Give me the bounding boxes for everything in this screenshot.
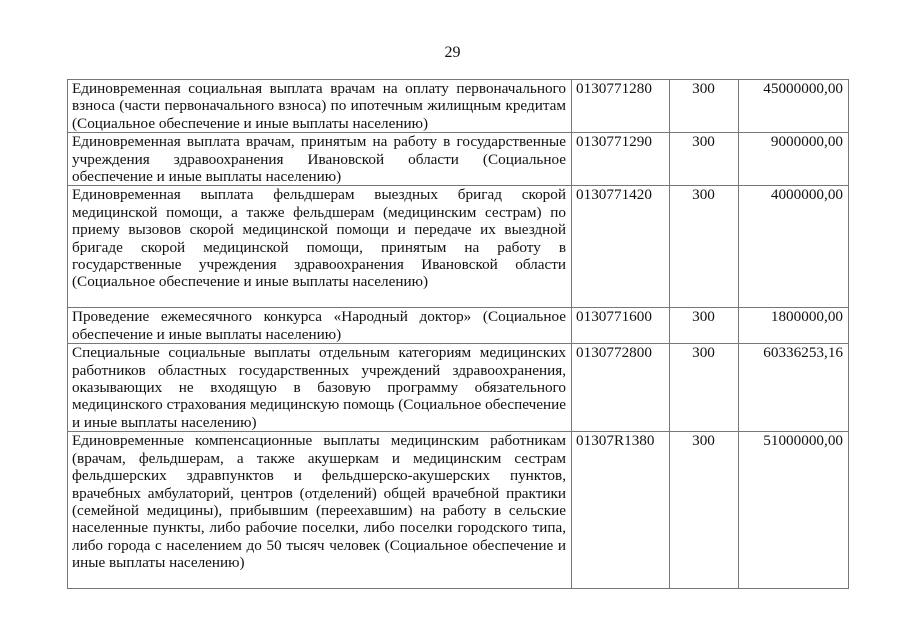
row-expense-type: 300 — [670, 432, 739, 589]
row-amount: 60336253,16 — [739, 344, 849, 432]
table-row: Специальные социальные выплаты отдельным… — [68, 344, 849, 432]
page-number: 29 — [0, 44, 905, 62]
row-target-code: 0130771600 — [572, 308, 670, 344]
row-amount: 51000000,00 — [739, 432, 849, 589]
row-expense-type: 300 — [670, 344, 739, 432]
row-expense-type: 300 — [670, 80, 739, 133]
table-row: Единовременная выплата фельдшерам выездн… — [68, 186, 849, 308]
row-description: Единовременные компенсационные выплаты м… — [68, 432, 572, 589]
row-target-code: 0130772800 — [572, 344, 670, 432]
row-amount: 9000000,00 — [739, 133, 849, 186]
budget-table: Единовременная социальная выплата врачам… — [67, 79, 849, 589]
row-description: Единовременная выплата фельдшерам выездн… — [68, 186, 572, 308]
row-description: Проведение ежемесячного конкурса «Народн… — [68, 308, 572, 344]
row-target-code: 01307R1380 — [572, 432, 670, 589]
row-amount: 4000000,00 — [739, 186, 849, 308]
row-description: Специальные социальные выплаты отдельным… — [68, 344, 572, 432]
row-amount: 1800000,00 — [739, 308, 849, 344]
table-row: Единовременная социальная выплата врачам… — [68, 80, 849, 133]
table-row: Проведение ежемесячного конкурса «Народн… — [68, 308, 849, 344]
row-target-code: 0130771290 — [572, 133, 670, 186]
row-expense-type: 300 — [670, 308, 739, 344]
table-row: Единовременные компенсационные выплаты м… — [68, 432, 849, 589]
row-target-code: 0130771420 — [572, 186, 670, 308]
row-description: Единовременная социальная выплата врачам… — [68, 80, 572, 133]
row-amount: 45000000,00 — [739, 80, 849, 133]
row-description: Единовременная выплата врачам, принятым … — [68, 133, 572, 186]
row-expense-type: 300 — [670, 186, 739, 308]
row-target-code: 0130771280 — [572, 80, 670, 133]
row-expense-type: 300 — [670, 133, 739, 186]
table-row: Единовременная выплата врачам, принятым … — [68, 133, 849, 186]
